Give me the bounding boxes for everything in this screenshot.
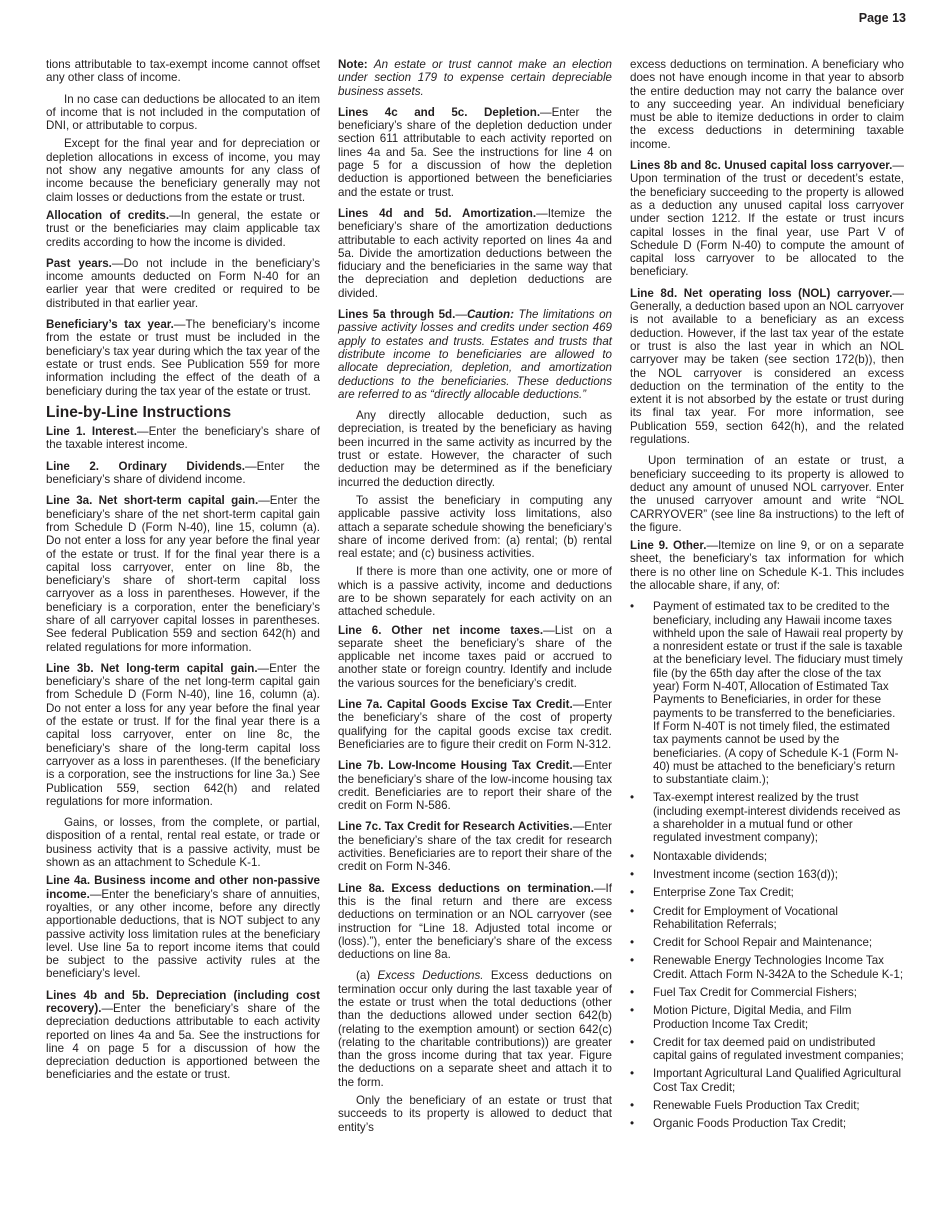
para-text: Excess deductions on termination occur o… [338,969,612,1088]
paragraph: Line 7a. Capital Goods Excise Tax Credit… [338,698,612,751]
paragraph: Lines 4d and 5d. Amortization.—Itemize t… [338,207,612,300]
paragraph: Gains, or losses, from the complete, or … [46,816,320,869]
bullet-icon: • [630,600,634,613]
para-text: —Upon termination of the trust or decede… [630,159,904,278]
paragraph: Line 3a. Net short-term capital gain.—En… [46,494,320,654]
list-item-text: Credit for Employment of Vocational Reha… [653,905,838,931]
paragraph: To assist the beneficiary in computing a… [338,494,612,560]
para-italic: The limitations on passive activity loss… [338,308,612,401]
para-text: excess deductions on termination. A bene… [630,58,904,151]
list-item: •Organic Foods Production Tax Credit; [630,1117,904,1130]
paragraph: Past years.—Do not include in the benefi… [46,257,320,310]
para-heading: Lines 4c and 5c. Depletion. [338,106,540,119]
paragraph: Line 2. Ordinary Dividends.—Enter the be… [46,460,320,487]
para-text: Only the beneficiary of an estate or tru… [338,1094,612,1134]
para-text: —Itemize the beneficiary’s share of the … [338,207,612,300]
bullet-icon: • [630,1117,634,1130]
para-text: In no case can deductions be allocated t… [46,93,320,133]
para-text: —Enter the beneficiary’s share of the ne… [46,662,320,808]
list-item-text: Important Agricultural Land Qualified Ag… [653,1067,901,1093]
paragraph: Beneficiary’s tax year.—The beneficiary’… [46,318,320,398]
para-heading: Line 6. Other net income taxes. [338,624,543,637]
para-heading: Lines 8b and 8c. Unused capital loss car… [630,159,892,172]
list-item: •Credit for Employment of Vocational Reh… [630,905,904,932]
column-2: Note: An estate or trust cannot make an … [338,58,612,1139]
paragraph: Lines 4b and 5b. Depreciation (including… [46,989,320,1082]
bullet-icon: • [630,850,634,863]
paragraph: Note: An estate or trust cannot make an … [338,58,612,98]
list-item-text: Investment income (section 163(d)); [653,868,838,881]
bullet-icon: • [630,791,634,804]
bullet-icon: • [630,986,634,999]
list-item-text: Enterprise Zone Tax Credit; [653,886,794,899]
bullet-icon: • [630,936,634,949]
list-item: •Motion Picture, Digital Media, and Film… [630,1004,904,1031]
paragraph: Line 3b. Net long-term capital gain.—Ent… [46,662,320,808]
paragraph: Lines 8b and 8c. Unused capital loss car… [630,159,904,279]
paragraph: (a) Excess Deductions. Excess deductions… [338,969,612,1089]
caution-label: Caution: [467,308,514,321]
para-italic: An estate or trust cannot make an electi… [338,58,612,98]
other-items-list: •Payment of estimated tax to be credited… [630,600,904,1130]
paragraph: Line 7b. Low-Income Housing Tax Credit.—… [338,759,612,812]
list-item: •Payment of estimated tax to be credited… [630,600,904,786]
list-item: •Renewable Energy Technologies Income Ta… [630,954,904,981]
para-text: Upon termination of an estate or trust, … [630,454,904,533]
para-text: If there is more than one activity, one … [338,565,612,618]
column-3-paras: excess deductions on termination. A bene… [630,58,904,592]
column-3: excess deductions on termination. A bene… [630,58,904,1136]
para-heading: Line 7b. Low-Income Housing Tax Credit. [338,759,573,772]
paragraph: Only the beneficiary of an estate or tru… [338,1094,612,1134]
bullet-icon: • [630,886,634,899]
paragraph: Line 7c. Tax Credit for Research Activit… [338,820,612,873]
list-item-text: Fuel Tax Credit for Commercial Fishers; [653,986,857,999]
paragraph: excess deductions on termination. A bene… [630,58,904,151]
list-item: •Important Agricultural Land Qualified A… [630,1067,904,1094]
para-text: —Enter the beneficiary’s share of the de… [338,106,612,199]
list-item-text: Organic Foods Production Tax Credit; [653,1117,846,1130]
paragraph: Line 1. Interest.—Enter the beneficiary’… [46,425,320,452]
paragraph: Any directly allocable deduction, such a… [338,409,612,489]
list-item: •Enterprise Zone Tax Credit; [630,886,904,899]
page-number: Page 13 [859,11,906,25]
list-item: •Nontaxable dividends; [630,850,904,863]
list-item-text: Renewable Energy Technologies Income Tax… [653,954,903,980]
para-heading: Line 8d. Net operating loss (NOL) carryo… [630,287,892,300]
list-item-text: Payment of estimated tax to be credited … [653,600,903,786]
para-text: — [455,308,467,321]
para-heading: Past years. [46,257,112,270]
para-text: —Generally, a deduction based upon an NO… [630,287,904,446]
para-heading: Lines 5a through 5d. [338,308,455,321]
list-item: •Credit for tax deemed paid on undistrib… [630,1036,904,1063]
paragraph: Line 4a. Business income and other non-p… [46,874,320,980]
para-heading: Line 7c. Tax Credit for Research Activit… [338,820,573,833]
list-item-text: Tax-exempt interest realized by the trus… [653,791,900,844]
paragraph: Line 9. Other.—Itemize on line 9, or on … [630,539,904,592]
para-heading: Lines 4d and 5d. Amortization. [338,207,536,220]
para-heading: Note: [338,58,368,71]
para-heading: Line 8a. Excess deductions on terminatio… [338,882,594,895]
paragraph: Line 8d. Net operating loss (NOL) carryo… [630,287,904,447]
para-heading: Line 2. Ordinary Dividends. [46,460,245,473]
para-heading: Allocation of credits. [46,209,169,222]
para-text: Gains, or losses, from the complete, or … [46,816,320,869]
para-text: Except for the final year and for deprec… [46,137,320,203]
para-text: —Enter the beneficiary’s share of annuit… [46,888,320,981]
paragraph: Lines 5a through 5d.—Caution: The limita… [338,308,612,401]
bullet-icon: • [630,1067,634,1080]
para-prefix: (a) [356,969,378,982]
bullet-icon: • [630,868,634,881]
paragraph: Allocation of credits.—In general, the e… [46,209,320,249]
para-text: Any directly allocable deduction, such a… [338,409,612,488]
paragraph: Except for the final year and for deprec… [46,137,320,203]
bullet-icon: • [630,1036,634,1049]
bullet-icon: • [630,1099,634,1112]
para-text: —Enter the beneficiary’s share of the ne… [46,494,320,653]
list-item-text: Motion Picture, Digital Media, and Film … [653,1004,851,1030]
paragraph: Upon termination of an estate or trust, … [630,454,904,534]
paragraph: tions attributable to tax-exempt income … [46,58,320,85]
para-italic: Excess Deductions. [378,969,484,982]
list-item-text: Renewable Fuels Production Tax Credit; [653,1099,860,1112]
para-heading: Line 7a. Capital Goods Excise Tax Credit… [338,698,573,711]
list-item: •Renewable Fuels Production Tax Credit; [630,1099,904,1112]
list-item-text: Nontaxable dividends; [653,850,767,863]
paragraph: Line 8a. Excess deductions on terminatio… [338,882,612,962]
list-item: •Tax-exempt interest realized by the tru… [630,791,904,844]
section-heading: Line-by-Line Instructions [46,406,320,419]
list-item: •Credit for School Repair and Maintenanc… [630,936,904,949]
para-heading: Beneficiary’s tax year. [46,318,174,331]
list-item-text: Credit for School Repair and Maintenance… [653,936,872,949]
para-heading: Line 3b. Net long-term capital gain. [46,662,258,675]
bullet-icon: • [630,1004,634,1017]
list-item: •Investment income (section 163(d)); [630,868,904,881]
para-text: To assist the beneficiary in computing a… [338,494,612,560]
bullet-icon: • [630,954,634,967]
list-item-text: Credit for tax deemed paid on undistribu… [653,1036,904,1062]
para-heading: Line 1. Interest. [46,425,137,438]
para-heading: Line 9. Other. [630,539,706,552]
para-heading: Line 3a. Net short-term capital gain. [46,494,258,507]
column-1: tions attributable to tax-exempt income … [46,58,320,1090]
para-text: tions attributable to tax-exempt income … [46,58,320,84]
paragraph: Line 6. Other net income taxes.—List on … [338,624,612,690]
paragraph: In no case can deductions be allocated t… [46,93,320,133]
bullet-icon: • [630,905,634,918]
list-item: •Fuel Tax Credit for Commercial Fishers; [630,986,904,999]
paragraph: Lines 4c and 5c. Depletion.—Enter the be… [338,106,612,199]
paragraph: If there is more than one activity, one … [338,565,612,618]
